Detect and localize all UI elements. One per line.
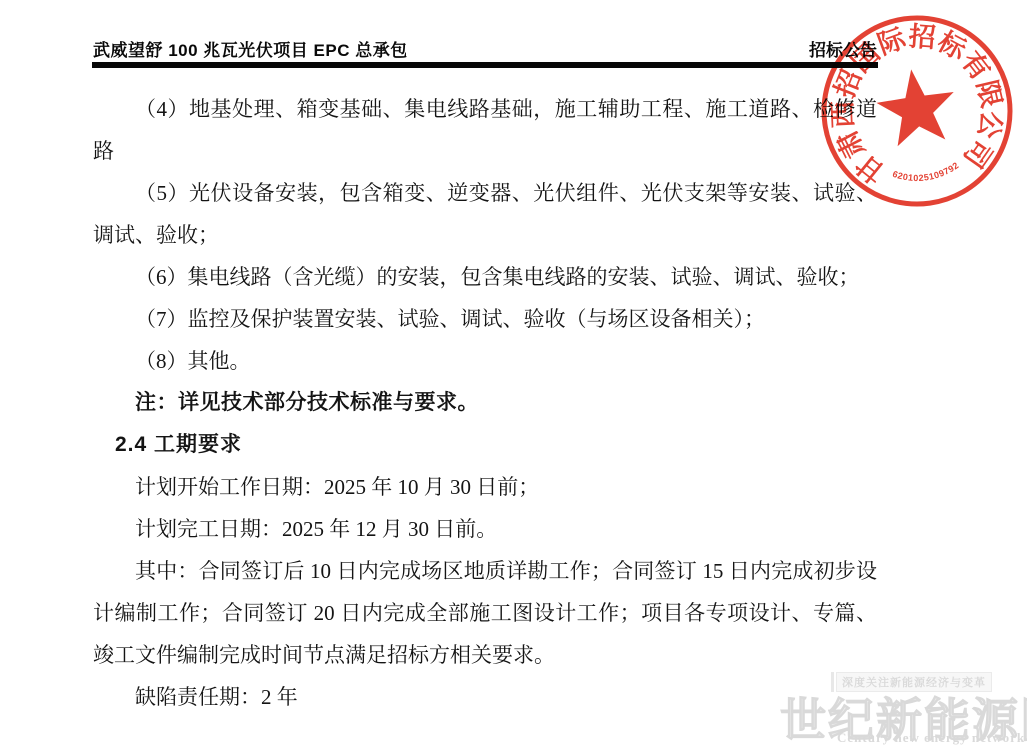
para-item-8: （8）其他。: [93, 340, 877, 382]
svg-text:限: 限: [971, 77, 1006, 110]
para-item-5: （5）光伏设备安装，包含箱变、逆变器、光伏组件、光伏支架等安装、试验、调试、验收…: [93, 172, 877, 256]
watermark-site-name-en: Century new energy network: [837, 730, 1025, 746]
para-finish-date: 计划完工日期：2025 年 12 月 30 日前。: [93, 508, 877, 550]
para-start-date: 计划开始工作日期：2025 年 10 月 30 日前；: [93, 466, 877, 508]
para-item-4: （4）地基处理、箱变基础、集电线路基础，施工辅助工程、施工道路、检修道路: [93, 88, 877, 172]
para-item-6: （6）集电线路（含光缆）的安装，包含集电线路的安装、试验、调试、验收；: [93, 256, 877, 298]
svg-text:西: 西: [827, 100, 858, 128]
red-star-icon: [873, 64, 961, 148]
seal-serial-number: 6201025109792: [890, 160, 962, 187]
para-defect-period: 缺陷责任期：2 年: [93, 676, 877, 718]
header-rule: [92, 62, 878, 68]
header-project-title: 武威望舒 100 兆瓦光伏项目 EPC 总承包: [93, 36, 408, 61]
document-body: （4）地基处理、箱变基础、集电线路基础，施工辅助工程、施工道路、检修道路 （5）…: [93, 88, 877, 718]
document-page: 武威望舒 100 兆瓦光伏项目 EPC 总承包 招标公告 （4）地基处理、箱变基…: [0, 0, 1027, 753]
section-heading-2-4: 2.4 工期要求: [93, 424, 877, 466]
svg-text:招: 招: [908, 20, 937, 53]
note-line: 注：详见技术部分技术标准与要求。: [93, 382, 877, 424]
company-seal-stamp: 甘肃西招国际招标有限公司 6201025109792: [805, 0, 1027, 223]
para-milestones: 其中：合同签订后 10 日内完成场区地质详勘工作；合同签订 15 日内完成初步设…: [93, 550, 877, 676]
para-item-7: （7）监控及保护装置安装、试验、调试、验收（与场区设备相关）；: [93, 298, 877, 340]
